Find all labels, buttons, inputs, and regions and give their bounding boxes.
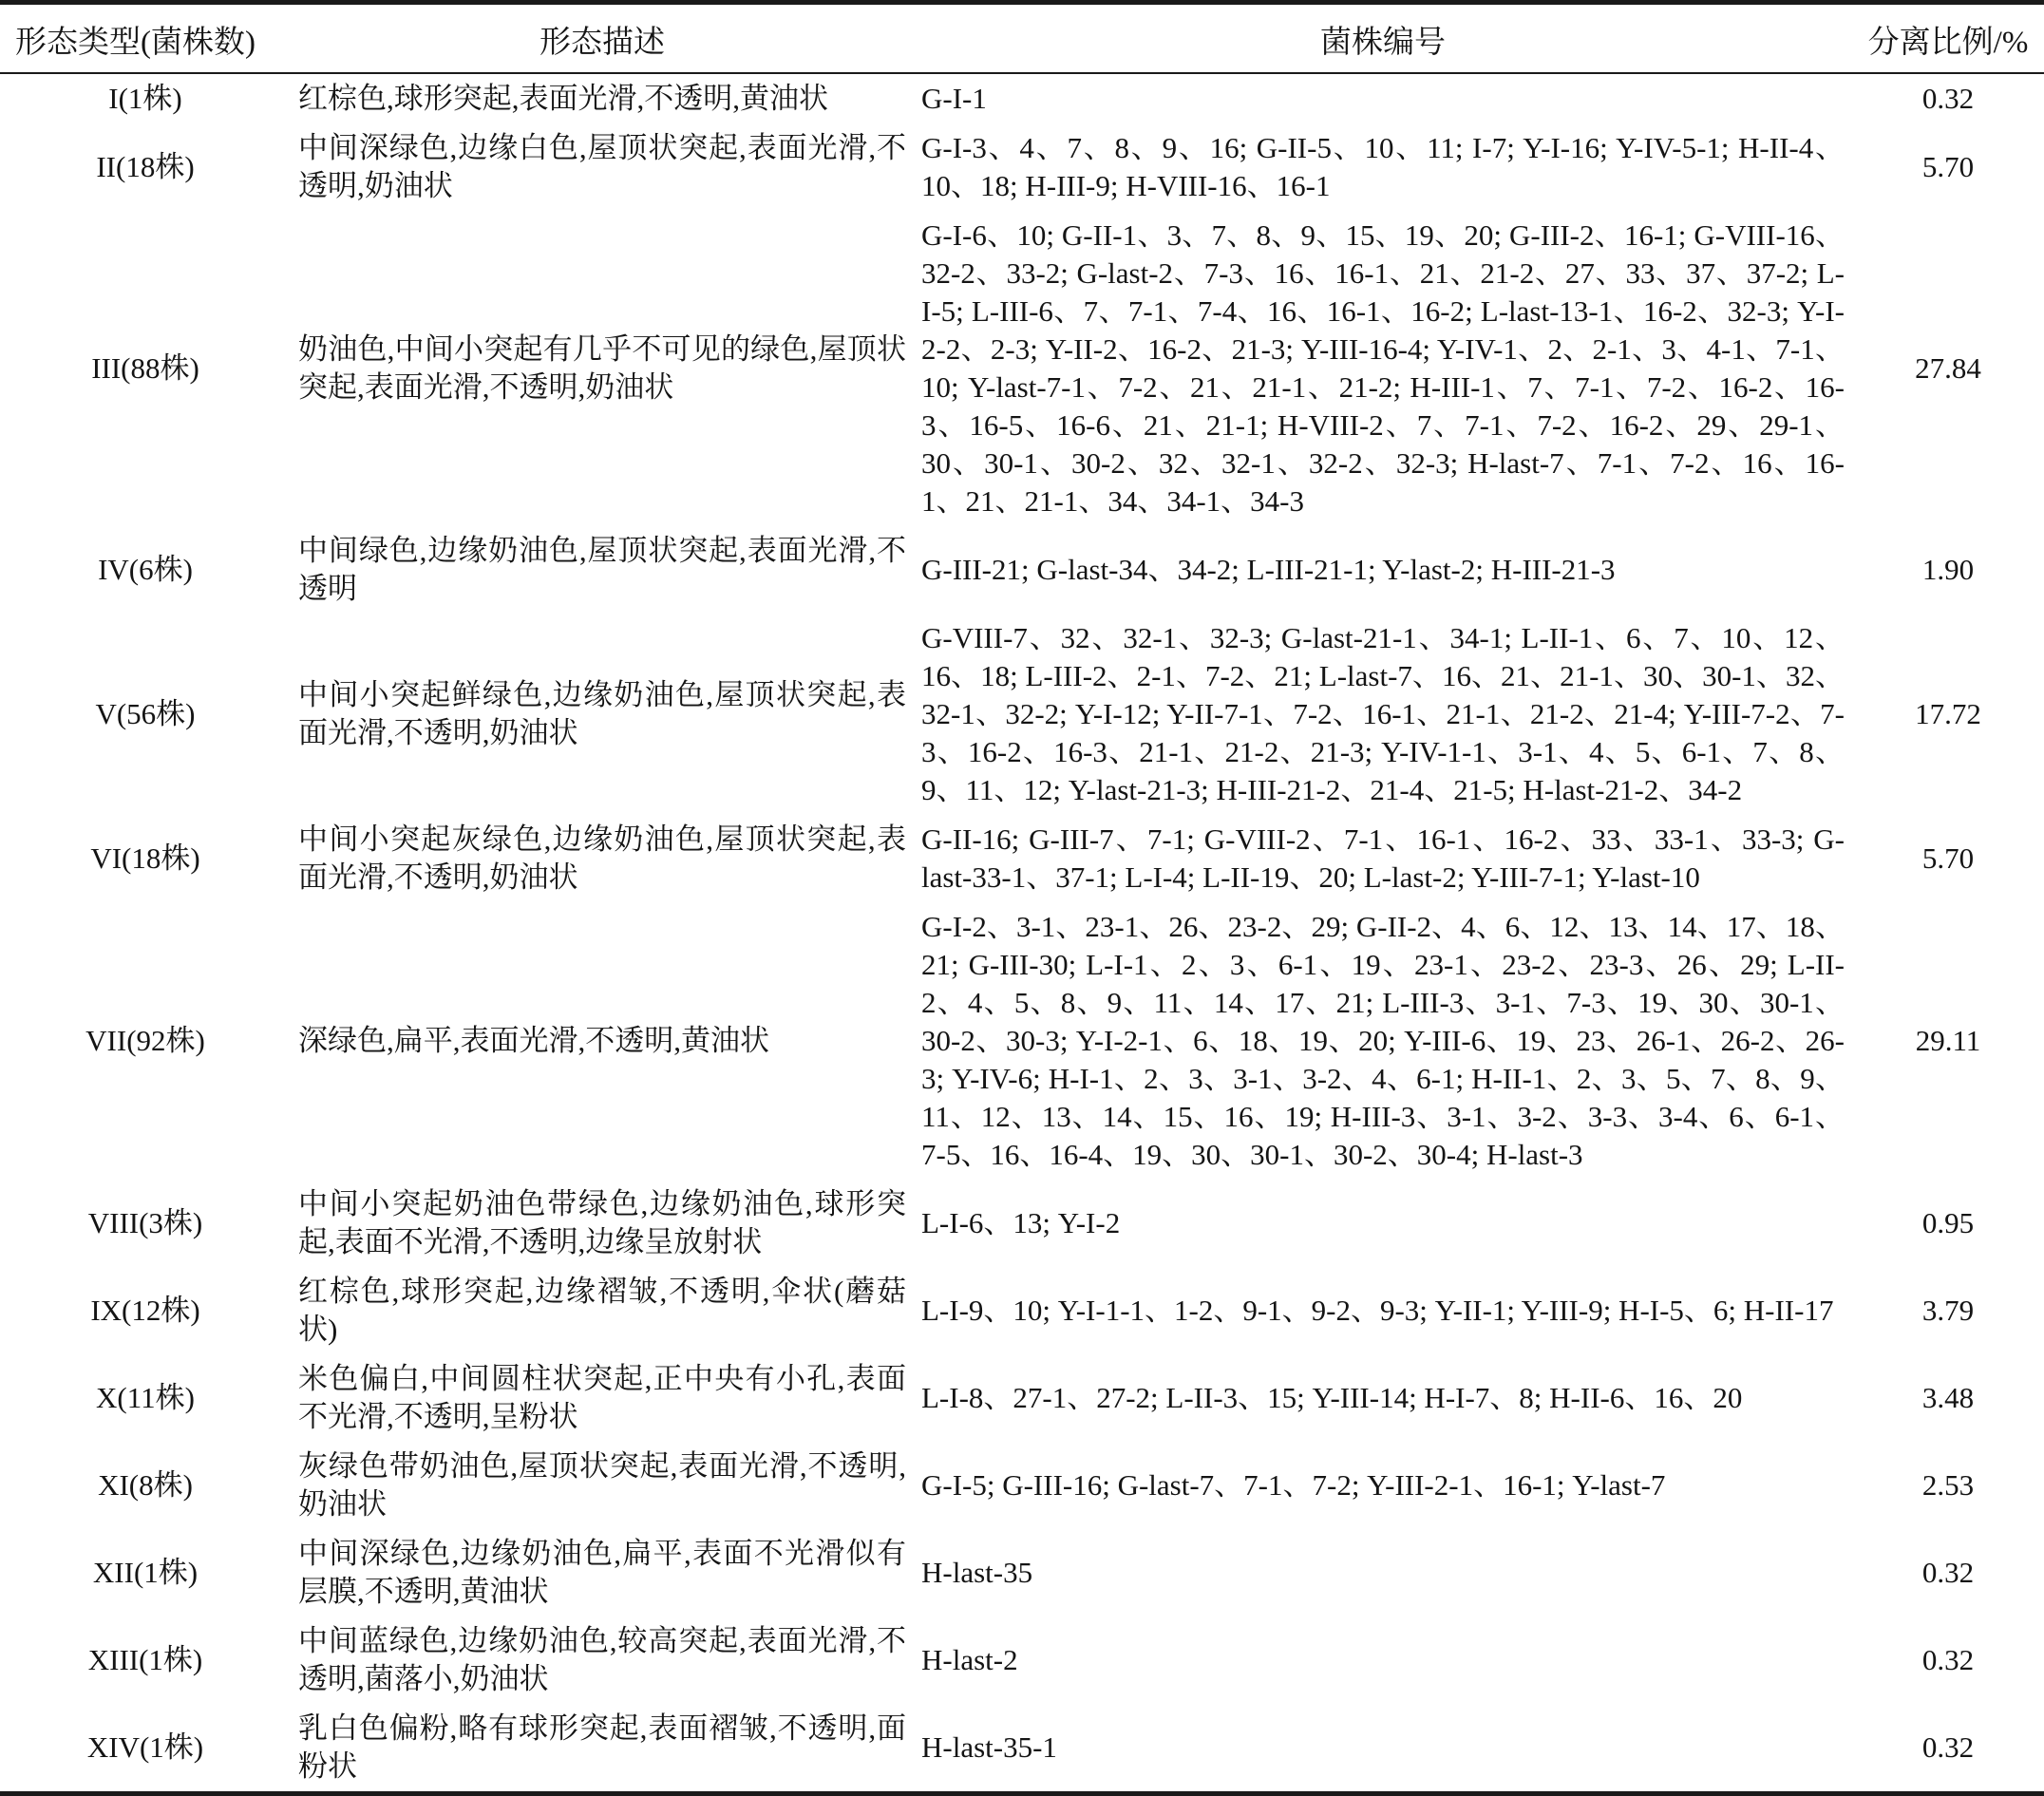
table-row: VI(18株) 中间小突起灰绿色,边缘奶油色,屋顶状突起,表面光滑,不透明,奶油… [0,815,2044,902]
cell-type: VI(18株) [0,815,291,902]
cell-ratio: 29.11 [1852,902,2044,1180]
cell-description: 中间深绿色,边缘奶油色,扁平,表面不光滑似有层膜,不透明,黄油状 [291,1529,914,1616]
table-row: XIII(1株) 中间蓝绿色,边缘奶油色,较高突起,表面光滑,不透明,菌落小,奶… [0,1616,2044,1704]
cell-description: 米色偏白,中间圆柱状突起,正中央有小孔,表面不光滑,不透明,呈粉状 [291,1354,914,1442]
cell-strains: G-I-1 [914,73,1852,123]
table-row: IV(6株) 中间绿色,边缘奶油色,屋顶状突起,表面光滑,不透明 G-III-2… [0,526,2044,614]
table-row: IX(12株) 红棕色,球形突起,边缘褶皱,不透明,伞状(蘑菇状) L-I-9、… [0,1267,2044,1354]
cell-type: XII(1株) [0,1529,291,1616]
cell-description: 中间小突起鲜绿色,边缘奶油色,屋顶状突起,表面光滑,不透明,奶油状 [291,614,914,815]
cell-strains: G-III-21; G-last-34、34-2; L-III-21-1; Y-… [914,526,1852,614]
cell-description: 中间深绿色,边缘白色,屋顶状突起,表面光滑,不透明,奶油状 [291,123,914,211]
cell-description: 奶油色,中间小突起有几乎不可见的绿色,屋顶状突起,表面光滑,不透明,奶油状 [291,211,914,526]
cell-ratio: 0.32 [1852,1616,2044,1704]
cell-description: 中间绿色,边缘奶油色,屋顶状突起,表面光滑,不透明 [291,526,914,614]
table-row: II(18株) 中间深绿色,边缘白色,屋顶状突起,表面光滑,不透明,奶油状 G-… [0,123,2044,211]
cell-strains: G-I-2、3-1、23-1、26、23-2、29; G-II-2、4、6、12… [914,902,1852,1180]
cell-ratio: 0.32 [1852,1704,2044,1794]
cell-description: 灰绿色带奶油色,屋顶状突起,表面光滑,不透明,奶油状 [291,1442,914,1529]
cell-ratio: 1.90 [1852,526,2044,614]
table-row: I(1株) 红棕色,球形突起,表面光滑,不透明,黄油状 G-I-1 0.32 [0,73,2044,123]
cell-type: III(88株) [0,211,291,526]
cell-type: VIII(3株) [0,1180,291,1267]
cell-type: XI(8株) [0,1442,291,1529]
cell-ratio: 2.53 [1852,1442,2044,1529]
cell-type: XIII(1株) [0,1616,291,1704]
cell-ratio: 5.70 [1852,815,2044,902]
cell-type: VII(92株) [0,902,291,1180]
cell-description: 深绿色,扁平,表面光滑,不透明,黄油状 [291,902,914,1180]
cell-ratio: 0.95 [1852,1180,2044,1267]
cell-ratio: 5.70 [1852,123,2044,211]
cell-strains: H-last-35-1 [914,1704,1852,1794]
cell-description: 乳白色偏粉,略有球形突起,表面褶皱,不透明,面粉状 [291,1704,914,1794]
cell-description: 中间小突起灰绿色,边缘奶油色,屋顶状突起,表面光滑,不透明,奶油状 [291,815,914,902]
cell-strains: G-I-6、10; G-II-1、3、7、8、9、15、19、20; G-III… [914,211,1852,526]
cell-ratio: 27.84 [1852,211,2044,526]
cell-type: V(56株) [0,614,291,815]
cell-type: I(1株) [0,73,291,123]
cell-description: 中间蓝绿色,边缘奶油色,较高突起,表面光滑,不透明,菌落小,奶油状 [291,1616,914,1704]
column-header-strain-codes: 菌株编号 [914,3,1852,74]
cell-strains: G-I-5; G-III-16; G-last-7、7-1、7-2; Y-III… [914,1442,1852,1529]
table-row: XIV(1株) 乳白色偏粉,略有球形突起,表面褶皱,不透明,面粉状 H-last… [0,1704,2044,1794]
cell-strains: H-last-2 [914,1616,1852,1704]
cell-ratio: 3.79 [1852,1267,2044,1354]
table-row: XI(8株) 灰绿色带奶油色,屋顶状突起,表面光滑,不透明,奶油状 G-I-5;… [0,1442,2044,1529]
cell-type: II(18株) [0,123,291,211]
table-row: VIII(3株) 中间小突起奶油色带绿色,边缘奶油色,球形突起,表面不光滑,不透… [0,1180,2044,1267]
cell-ratio: 3.48 [1852,1354,2044,1442]
cell-strains: G-I-3、4、7、8、9、16; G-II-5、10、11; I-7; Y-I… [914,123,1852,211]
cell-description: 中间小突起奶油色带绿色,边缘奶油色,球形突起,表面不光滑,不透明,边缘呈放射状 [291,1180,914,1267]
paper-table-page: 形态类型(菌株数) 形态描述 菌株编号 分离比例/% I(1株) 红棕色,球形突… [0,0,2044,1796]
cell-strains: G-II-16; G-III-7、7-1; G-VIII-2、7-1、16-1、… [914,815,1852,902]
cell-description: 红棕色,球形突起,表面光滑,不透明,黄油状 [291,73,914,123]
cell-description: 红棕色,球形突起,边缘褶皱,不透明,伞状(蘑菇状) [291,1267,914,1354]
cell-strains: L-I-8、27-1、27-2; L-II-3、15; Y-III-14; H-… [914,1354,1852,1442]
cell-type: X(11株) [0,1354,291,1442]
table-row: VII(92株) 深绿色,扁平,表面光滑,不透明,黄油状 G-I-2、3-1、2… [0,902,2044,1180]
column-header-isolation-ratio: 分离比例/% [1852,3,2044,74]
cell-strains: G-VIII-7、32、32-1、32-3; G-last-21-1、34-1;… [914,614,1852,815]
morphology-table: 形态类型(菌株数) 形态描述 菌株编号 分离比例/% I(1株) 红棕色,球形突… [0,0,2044,1796]
column-header-type: 形态类型(菌株数) [0,3,291,74]
table-row: III(88株) 奶油色,中间小突起有几乎不可见的绿色,屋顶状突起,表面光滑,不… [0,211,2044,526]
cell-ratio: 0.32 [1852,73,2044,123]
table-row: V(56株) 中间小突起鲜绿色,边缘奶油色,屋顶状突起,表面光滑,不透明,奶油状… [0,614,2044,815]
cell-ratio: 0.32 [1852,1529,2044,1616]
cell-strains: L-I-9、10; Y-I-1-1、1-2、9-1、9-2、9-3; Y-II-… [914,1267,1852,1354]
cell-ratio: 17.72 [1852,614,2044,815]
cell-type: IV(6株) [0,526,291,614]
cell-strains: H-last-35 [914,1529,1852,1616]
column-header-description: 形态描述 [291,3,914,74]
header-row: 形态类型(菌株数) 形态描述 菌株编号 分离比例/% [0,3,2044,74]
cell-strains: L-I-6、13; Y-I-2 [914,1180,1852,1267]
table-row: X(11株) 米色偏白,中间圆柱状突起,正中央有小孔,表面不光滑,不透明,呈粉状… [0,1354,2044,1442]
cell-type: IX(12株) [0,1267,291,1354]
cell-type: XIV(1株) [0,1704,291,1794]
table-row: XII(1株) 中间深绿色,边缘奶油色,扁平,表面不光滑似有层膜,不透明,黄油状… [0,1529,2044,1616]
